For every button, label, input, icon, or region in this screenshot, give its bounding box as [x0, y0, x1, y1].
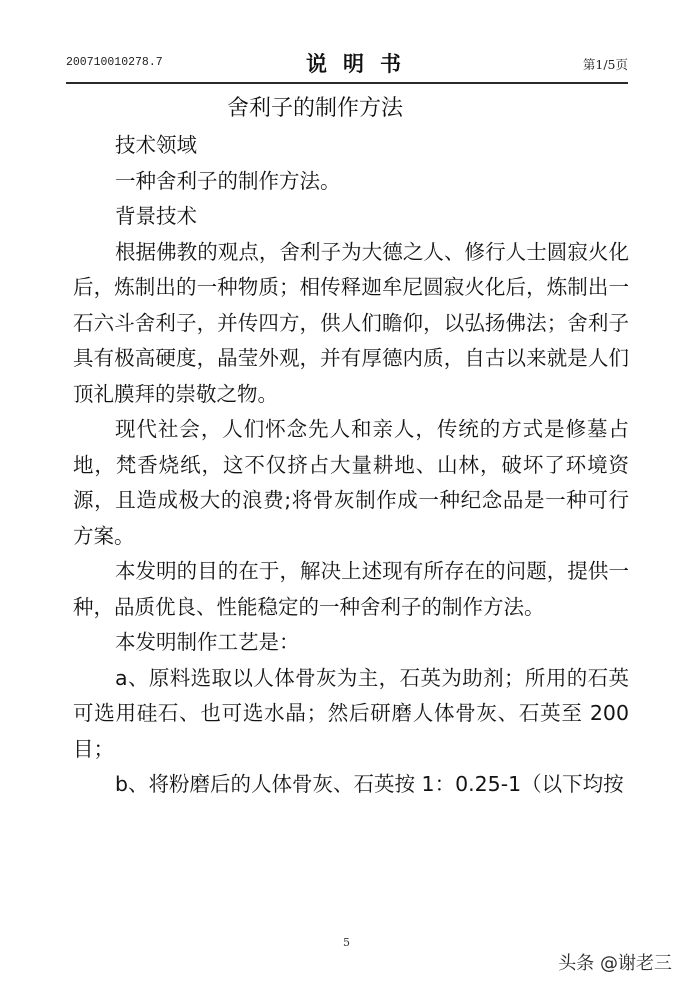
- paragraph-modern-society: 现代社会，人们怀念先人和亲人，传统的方式是修墓占地，梵香烧纸，这不仅挤占大量耕地…: [73, 412, 629, 554]
- paragraph-step-a: a、原料选取以人体骨灰为主，石英为助剂；所用的石英可选用硅石、也可选水晶；然后研…: [73, 661, 629, 768]
- page-indicator: 第1/5页: [583, 55, 628, 73]
- page-header: 200710010278.7 说明书 第1/5页: [66, 48, 628, 82]
- document-title: 舍利子的制作方法: [0, 91, 690, 122]
- watermark: 头条 @谢老三: [558, 949, 672, 975]
- paragraph-process-intro: 本发明制作工艺是：: [73, 625, 629, 661]
- document-body: 技术领域 一种舍利子的制作方法。 背景技术 根据佛教的观点，舍利子为大德之人、修…: [73, 128, 629, 803]
- paragraph-step-b: b、将粉磨后的人体骨灰、石英按 1：0.25-1（以下均按: [73, 767, 629, 803]
- paragraph-buddhist-view: 根据佛教的观点，舍利子为大德之人、修行人士圆寂火化后，炼制出的一种物质；相传释迦…: [73, 235, 629, 413]
- section-heading-technical-field: 技术领域: [73, 128, 629, 164]
- section-heading-background: 背景技术: [73, 199, 629, 235]
- paragraph-purpose: 本发明的目的在于，解决上述现有所存在的问题，提供一种，品质优良、性能稳定的一种舍…: [73, 554, 629, 625]
- document-type: 说明书: [306, 48, 417, 78]
- header-rule: [66, 82, 628, 84]
- footer-page-number: 5: [343, 936, 350, 949]
- technical-field-text: 一种舍利子的制作方法。: [73, 164, 629, 200]
- application-number: 200710010278.7: [66, 56, 163, 69]
